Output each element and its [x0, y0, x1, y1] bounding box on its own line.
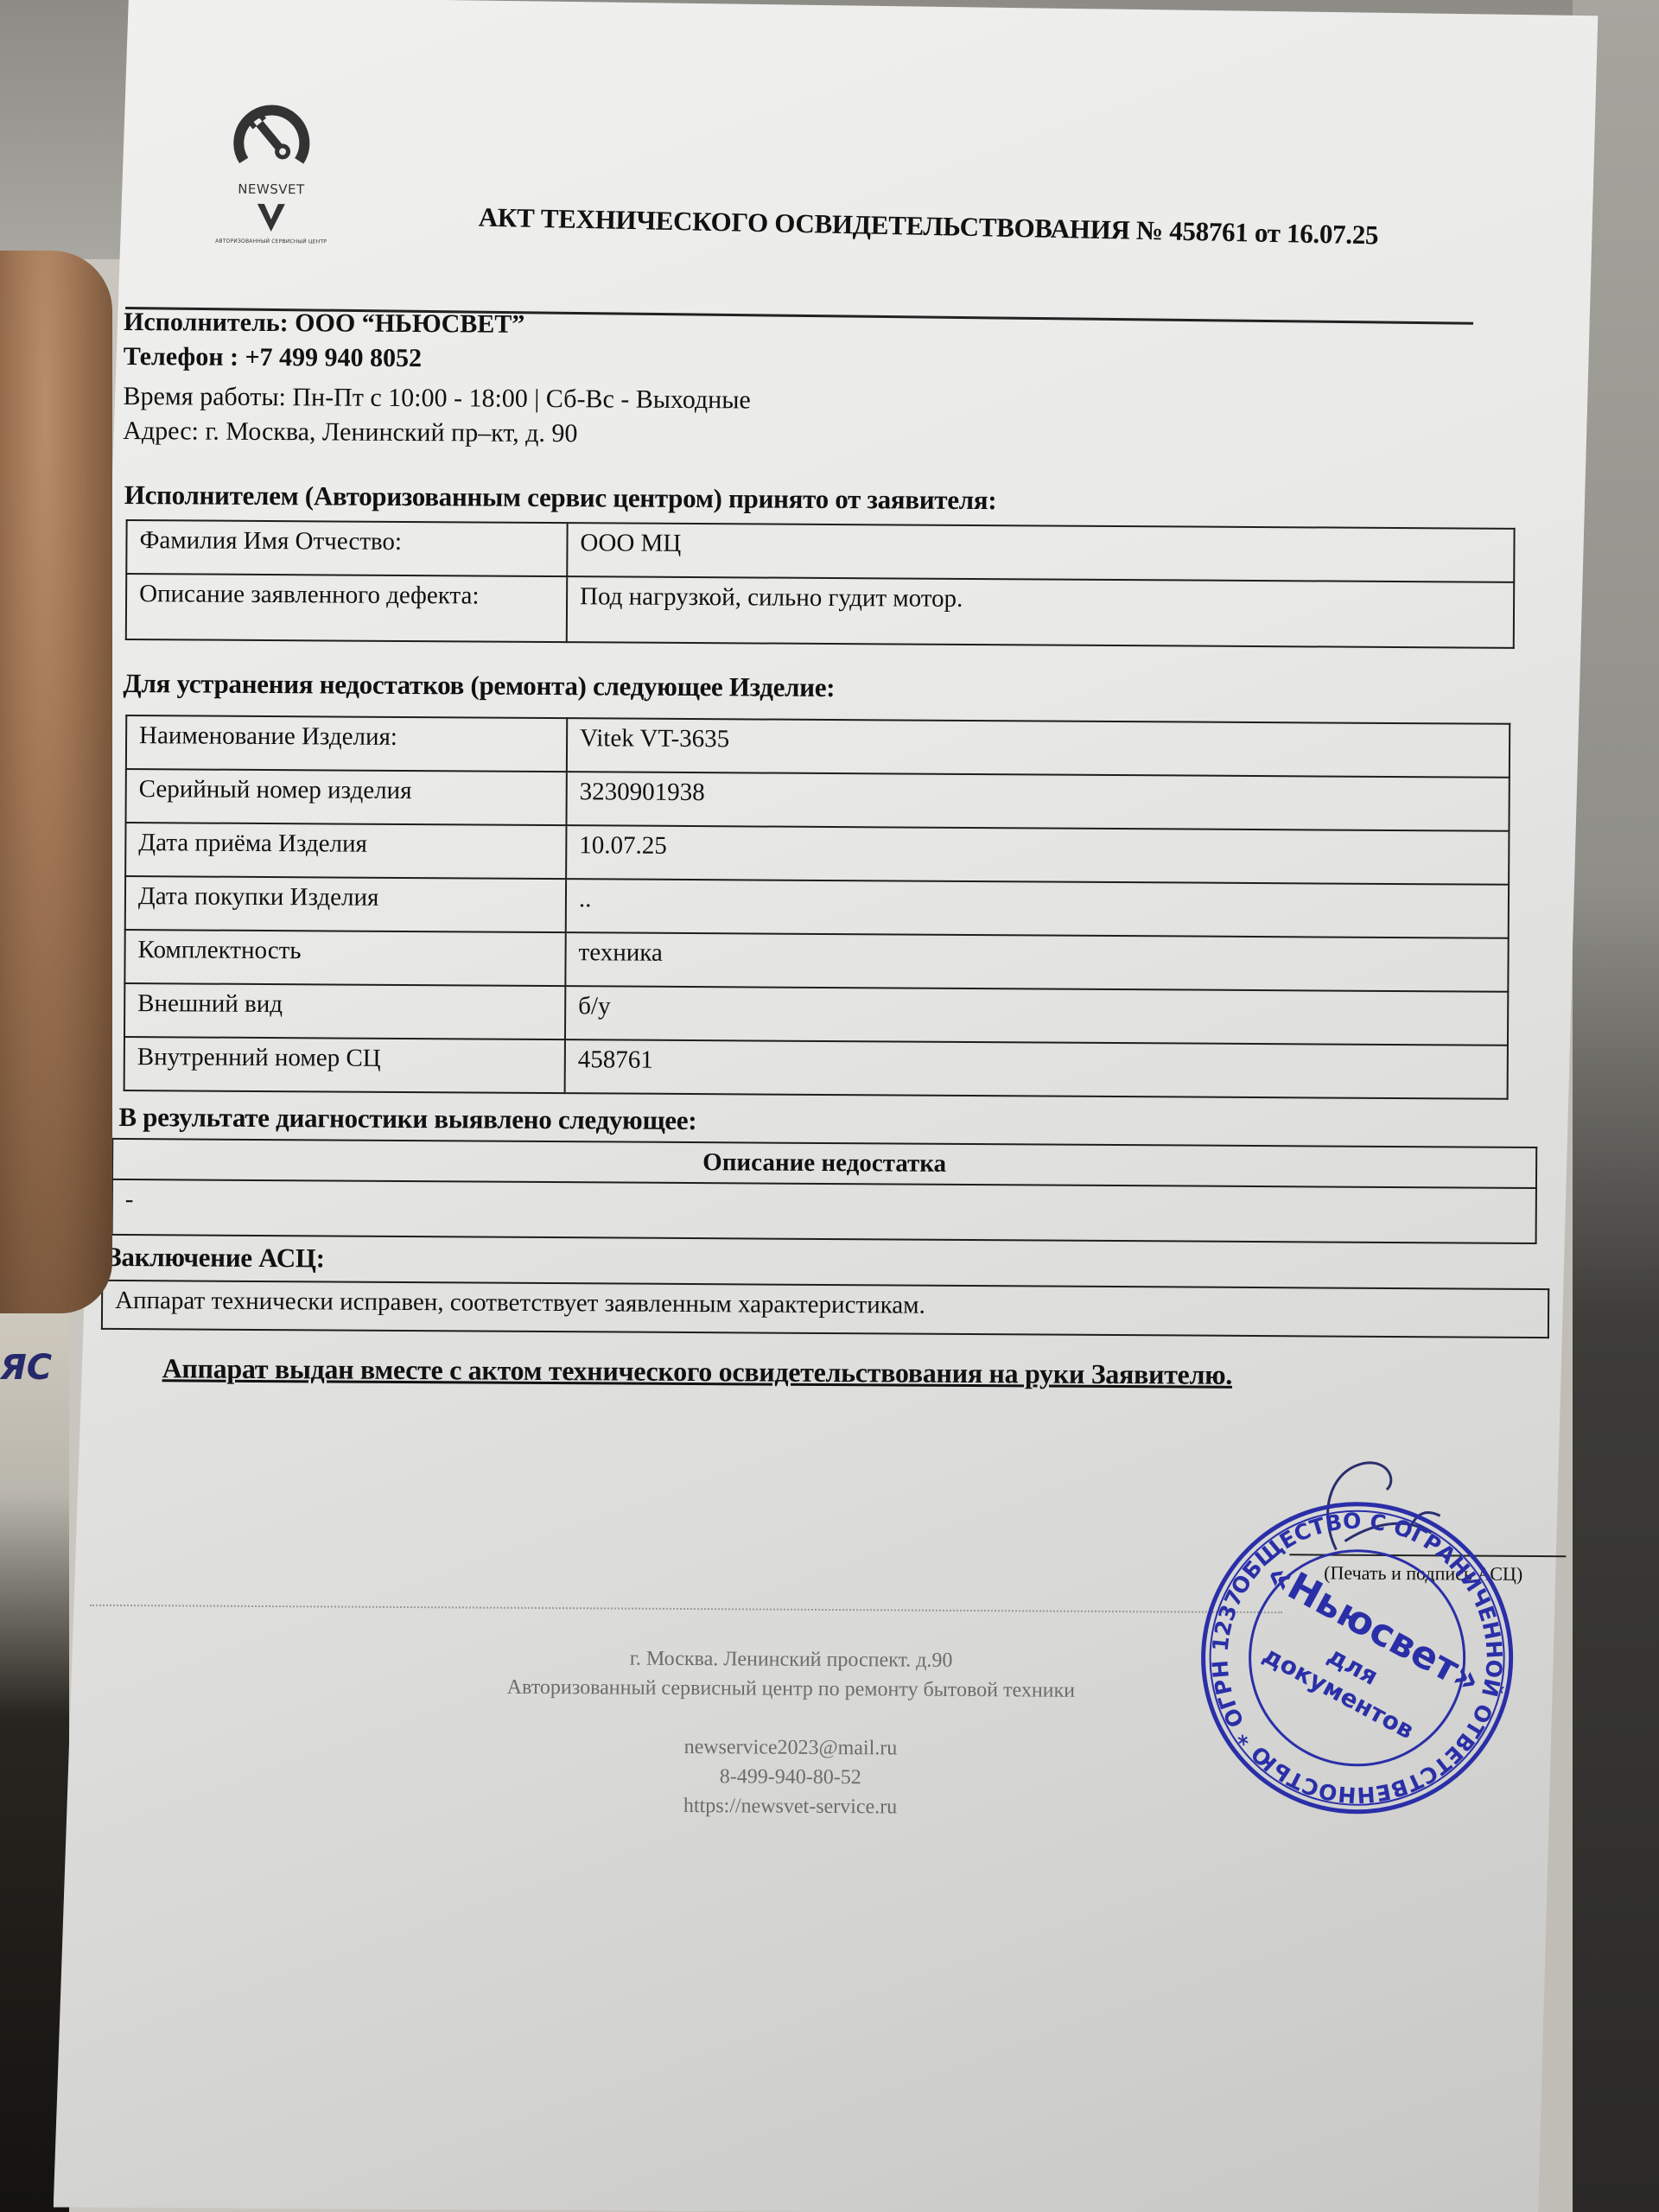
executor-info: Исполнитель: ООО “НЬЮСВЕТ” Телефон : +7 …: [123, 305, 751, 452]
conclusion-section-title: Заключение АСЦ:: [107, 1242, 324, 1274]
executor-name: Исполнитель: ООО “НЬЮСВЕТ”: [124, 305, 751, 343]
applicant-section-title: Исполнителем (Авторизованным сервис цент…: [124, 480, 997, 516]
footer: г. Москва. Ленинский проспект. д.90 Авто…: [358, 1643, 1223, 1824]
product-label: Внешний вид: [124, 983, 565, 1039]
logo-subtitle: АВТОРИЗОВАННЫЙ СЕРВИСНЫЙ ЦЕНТР: [202, 238, 340, 245]
product-value: Vitek VT-3635: [567, 718, 1510, 778]
defect-value: Под нагрузкой, сильно гудит мотор.: [567, 576, 1514, 648]
product-label: Серийный номер изделия: [125, 769, 566, 825]
diagnostics-table: Описание недостатка -: [111, 1138, 1538, 1244]
logo-brand: NEWSVET: [202, 181, 340, 198]
product-label: Внутренний номер СЦ: [124, 1037, 565, 1093]
diagnostics-value: -: [112, 1179, 1536, 1243]
v-mark-icon: [254, 200, 289, 235]
table-row: Наименование Изделия: Vitek VT-3635: [126, 715, 1510, 778]
product-value: 3230901938: [566, 772, 1509, 831]
conclusion-table: Аппарат технически исправен, соответству…: [101, 1280, 1549, 1338]
table-row: Комплектность техника: [124, 930, 1508, 992]
product-section-title: Для устранения недостатков (ремонта) сле…: [123, 668, 835, 703]
wrench-gauge-icon: [228, 93, 315, 181]
product-label: Дата приёма Изделия: [125, 823, 566, 879]
diagnostics-section-title: В результате диагностики выявлено следую…: [118, 1102, 696, 1136]
table-row: Фамилия Имя Отчество: ООО МЦ: [126, 520, 1514, 582]
product-value: техника: [565, 932, 1508, 992]
product-table: Наименование Изделия: Vitek VT-3635 Сери…: [124, 715, 1511, 1100]
defect-label: Описание заявленного дефекта:: [126, 574, 567, 642]
applicant-value: ООО МЦ: [567, 523, 1514, 582]
conclusion-value: Аппарат технически исправен, соответству…: [102, 1281, 1548, 1338]
table-row: Внешний вид б/у: [124, 983, 1508, 1046]
product-label: Дата покупки Изделия: [125, 876, 566, 932]
product-value: ..: [566, 879, 1509, 938]
table-row: Аппарат технически исправен, соответству…: [102, 1281, 1548, 1338]
thumb: [0, 251, 112, 1313]
product-value: 458761: [565, 1039, 1508, 1099]
product-value: 10.07.25: [566, 825, 1509, 885]
table-row: Дата приёма Изделия 10.07.25: [125, 823, 1509, 885]
applicant-label: Фамилия Имя Отчество:: [126, 520, 567, 576]
document-sheet: NEWSVET АВТОРИЗОВАННЫЙ СЕРВИСНЫЙ ЦЕНТР А…: [0, 0, 1659, 2212]
table-row: -: [112, 1179, 1536, 1243]
table-row: Внутренний номер СЦ 458761: [124, 1037, 1508, 1099]
executor-address: Адрес: г. Москва, Ленинский пр–кт, д. 90: [123, 414, 750, 452]
product-label: Наименование Изделия:: [126, 715, 567, 772]
issued-note: Аппарат выдан вместе с актом техническог…: [162, 1352, 1233, 1391]
table-row: Дата покупки Изделия ..: [125, 876, 1509, 938]
executor-phone: Телефон : +7 499 940 8052: [124, 340, 751, 378]
footer-website: https://newsvet-service.ru: [358, 1789, 1222, 1824]
table-row: Описание заявленного дефекта: Под нагруз…: [126, 574, 1514, 648]
company-logo: NEWSVET АВТОРИЗОВАННЫЙ СЕРВИСНЫЙ ЦЕНТР: [202, 93, 341, 245]
product-value: б/у: [565, 986, 1508, 1046]
executor-hours: Время работы: Пн-Пт с 10:00 - 18:00 | Сб…: [123, 379, 750, 417]
applicant-table: Фамилия Имя Отчество: ООО МЦ Описание за…: [125, 519, 1516, 649]
table-row: Серийный номер изделия 3230901938: [125, 769, 1509, 831]
product-label: Комплектность: [124, 930, 565, 986]
